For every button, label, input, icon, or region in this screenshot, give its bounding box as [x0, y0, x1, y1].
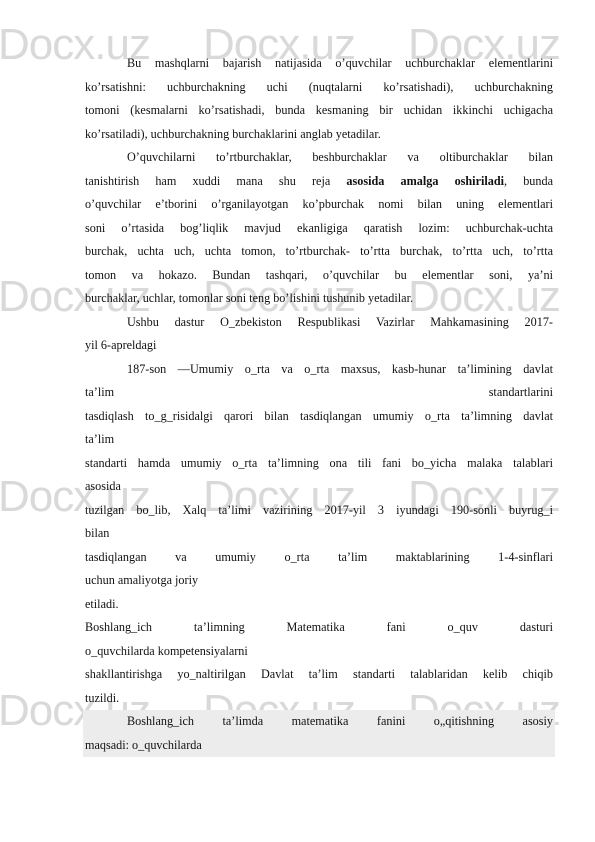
text-line: Bu mashqlarni bajarish natijasida o’quvc… — [85, 52, 553, 76]
text-line: yil 6-apreldagi — [85, 334, 553, 358]
text-line: o_quvchilarda kompetensiyalarni — [85, 640, 553, 664]
text-line: O’quvchilarni to’rtburchaklar, beshburch… — [85, 146, 553, 170]
text-line: burchak, uchta uch, uchta tomon, to’rtbu… — [85, 240, 553, 264]
text-line: Boshlang_ich ta’limda matematika fanini … — [85, 710, 553, 734]
text-segment: , bunda — [504, 174, 553, 188]
text-line: bilan — [85, 522, 553, 546]
text-line: etiladi. — [85, 593, 553, 617]
text-line: tomoni (kesmalarni ko’rsatishadi, bunda … — [85, 99, 553, 123]
text-segment: standartlarini — [489, 381, 553, 405]
text-line: 187-son —Umumiy o_rta va o_rta maxsus, k… — [85, 358, 553, 382]
text-line: tuzildi. — [85, 687, 553, 711]
bold-phrase: asosida amalga oshiriladi — [346, 174, 504, 188]
text-line: tasdiqlash to_g_risidalgi qarori bilan t… — [85, 405, 553, 429]
text-line: tomon va hokazo. Bundan tashqari, o’quvc… — [85, 264, 553, 288]
text-line: tasdiqlangan va umumiy o_rta ta’lim makt… — [85, 546, 553, 570]
text-line: Boshlang_ich ta’limning Matematika fani … — [85, 616, 553, 640]
text-segment: tanishtirish ham xuddi mana shu reja — [85, 174, 330, 188]
text-line: maqsadi: o_quvchilarda — [85, 734, 553, 758]
text-line: standarti hamda umumiy o_rta ta’limning … — [85, 452, 553, 476]
text-line: ko’rsatishni: uchburchakning uchi (nuqta… — [85, 76, 553, 100]
text-line: soni o’rtasida bog’liqlik mavjud ekanlig… — [85, 217, 553, 241]
text-line: burchaklar, uchlar, tomonlar soni teng b… — [85, 287, 553, 311]
text-line: ta’lim — [85, 428, 553, 452]
text-line: shakllantirishga yo_naltirilgan Davlat t… — [85, 663, 553, 687]
text-line: uchun amaliyotga joriy — [85, 569, 553, 593]
document-page: Bu mashqlarni bajarish natijasida o’quvc… — [85, 52, 553, 757]
text-line: o’quvchilar e’tborini o’rganilayotgan ko… — [85, 193, 553, 217]
text-line: asosida — [85, 475, 553, 499]
text-line: Ushbu dastur O_zbekiston Respublikasi Va… — [85, 311, 553, 335]
paragraph-1: Bu mashqlarni bajarish natijasida o’quvc… — [85, 52, 553, 146]
highlighted-paragraph: Boshlang_ich ta’limda matematika fanini … — [83, 710, 555, 757]
text-line: ta’lim standartlarini — [85, 381, 553, 405]
text-line: ko’rsatiladi), uchburchakning burchaklar… — [85, 123, 553, 147]
paragraph-2: O’quvchilarni to’rtburchaklar, beshburch… — [85, 146, 553, 311]
text-line: tanishtirish ham xuddi mana shu reja aso… — [85, 170, 553, 194]
text-line: tuzilgan bo_lib, Xalq ta’limi vazirining… — [85, 499, 553, 523]
text-segment: ta’lim — [85, 385, 114, 399]
paragraph-3: Ushbu dastur O_zbekiston Respublikasi Va… — [85, 311, 553, 711]
